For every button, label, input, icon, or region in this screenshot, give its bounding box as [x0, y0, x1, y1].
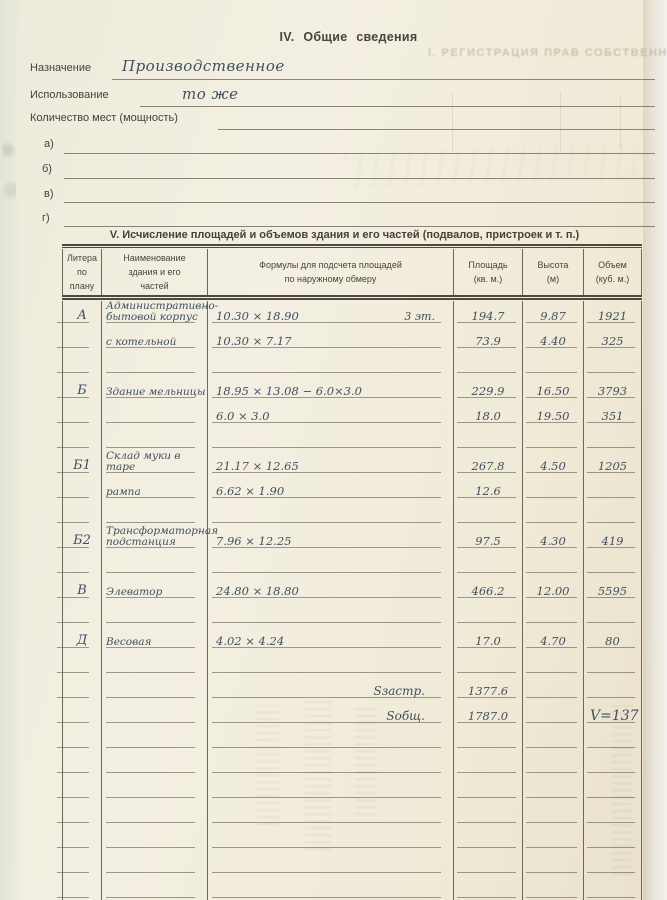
- cell-volume: 80: [584, 626, 642, 651]
- table-row: [63, 551, 642, 576]
- cell-formula: [208, 501, 454, 526]
- handwritten-formula: 10.30 × 18.90: [216, 309, 299, 323]
- cell-volume: 1921: [584, 301, 642, 326]
- cell-litera: Б: [63, 376, 102, 401]
- handwritten-name: Элеватор: [106, 587, 162, 598]
- handwritten-area: 229.9: [472, 384, 505, 398]
- cell-litera: Б2: [63, 526, 102, 551]
- cell-volume: [584, 826, 642, 851]
- handwritten-total-volume: V=137: [590, 708, 639, 724]
- cell-name: [102, 426, 208, 451]
- cell-formula: [208, 876, 454, 900]
- cell-area: [454, 801, 523, 826]
- table-header-row: Литера по плану Наименование здания и ег…: [62, 249, 642, 295]
- handwritten-ispolzovanie-value: то же: [182, 85, 238, 103]
- cell-formula: [208, 601, 454, 626]
- cell-name: [102, 801, 208, 826]
- cell-formula: [208, 551, 454, 576]
- page-right-edge: [643, 0, 667, 900]
- handwritten-name: Здание мельницы: [106, 387, 206, 398]
- write-line: [64, 153, 655, 154]
- header-name: Наименование здания и его частей: [102, 249, 208, 295]
- handwritten-area: 12.6: [475, 484, 501, 498]
- cell-height: [523, 751, 584, 776]
- header-height: Высота (м): [523, 249, 584, 295]
- ghost-line: [452, 92, 453, 152]
- cell-name: [102, 876, 208, 900]
- scanned-form-page: І. РЕГИСТРАЦИЯ ПРАВ СОБСТВЕННОСТИ IV. Об…: [0, 0, 667, 900]
- handwritten-height: 16.50: [537, 384, 570, 398]
- cell-height: [523, 476, 584, 501]
- cell-volume: 1205: [584, 451, 642, 476]
- cell-litera: [63, 601, 102, 626]
- handwritten-formula: 10.30 × 7.17: [216, 334, 291, 348]
- cell-volume: [584, 476, 642, 501]
- cell-area: [454, 876, 523, 900]
- cell-formula: [208, 851, 454, 876]
- cell-area: 97.5: [454, 526, 523, 551]
- cell-volume: V=137: [584, 701, 642, 726]
- handwritten-volume: 351: [602, 409, 624, 423]
- cell-formula: 7.96 × 12.25: [208, 526, 454, 551]
- handwritten-name: Весовая: [106, 637, 151, 648]
- cell-height: 4.70: [523, 626, 584, 651]
- list-item-b: б): [42, 163, 52, 175]
- table-row: ДВесовая4.02 × 4.2417.04.7080: [63, 626, 642, 651]
- handwritten-height: 4.70: [540, 634, 566, 648]
- table-row: [63, 501, 642, 526]
- cell-litera: А: [63, 301, 102, 326]
- cell-litera: [63, 651, 102, 676]
- list-item-v: в): [44, 188, 54, 200]
- write-line: [64, 202, 655, 203]
- table-row: ААдминистративно- бытовой корпус10.30 × …: [63, 301, 642, 326]
- cell-litera: [63, 726, 102, 751]
- cell-area: 466.2: [454, 576, 523, 601]
- cell-area: [454, 751, 523, 776]
- cell-litera: [63, 776, 102, 801]
- handwritten-litera: В: [77, 583, 87, 598]
- cell-formula: [208, 426, 454, 451]
- cell-name: [102, 851, 208, 876]
- handwritten-litera: Б: [77, 383, 87, 398]
- cell-name: [102, 401, 208, 426]
- table-row: БЗдание мельницы18.95 × 13.08 − 6.0×3.02…: [63, 376, 642, 401]
- cell-name: [102, 551, 208, 576]
- cell-name: [102, 726, 208, 751]
- cell-volume: [584, 601, 642, 626]
- cell-height: [523, 501, 584, 526]
- cell-area: 1377.6: [454, 676, 523, 701]
- cell-name: Элеватор: [102, 576, 208, 601]
- header-formula: Формулы для подсчета площадей по наружно…: [208, 249, 454, 295]
- cell-name: рампа: [102, 476, 208, 501]
- cell-area: [454, 426, 523, 451]
- areas-volumes-table: Литера по плану Наименование здания и ег…: [62, 244, 642, 900]
- cell-litera: Б1: [63, 451, 102, 476]
- page-left-edge: [0, 0, 22, 900]
- cell-name: с котельной: [102, 326, 208, 351]
- cell-height: [523, 601, 584, 626]
- cell-area: 18.0: [454, 401, 523, 426]
- cell-litera: [63, 701, 102, 726]
- table-row: [63, 876, 642, 900]
- table-row: [63, 426, 642, 451]
- cell-name: [102, 826, 208, 851]
- cell-name: [102, 701, 208, 726]
- write-line: [218, 129, 655, 130]
- cell-litera: [63, 476, 102, 501]
- table-row: [63, 351, 642, 376]
- table-row: 6.0 × 3.018.019.50351: [63, 401, 642, 426]
- handwritten-height: 4.40: [540, 334, 566, 348]
- cell-area: [454, 851, 523, 876]
- cell-area: [454, 826, 523, 851]
- handwritten-area: 194.7: [472, 309, 505, 323]
- handwritten-volume: 419: [602, 534, 624, 548]
- cell-height: [523, 826, 584, 851]
- cell-height: [523, 701, 584, 726]
- handwritten-area: 466.2: [472, 584, 505, 598]
- handwritten-name: Склад муки в таре: [106, 451, 207, 473]
- table-row: [63, 801, 642, 826]
- cell-volume: 5595: [584, 576, 642, 601]
- cell-formula: [208, 651, 454, 676]
- cell-height: [523, 801, 584, 826]
- handwritten-formula: 18.95 × 13.08 − 6.0×3.0: [216, 384, 362, 398]
- handwritten-height: 9.87: [540, 309, 566, 323]
- cell-name: Здание мельницы: [102, 376, 208, 401]
- handwritten-height: 4.50: [540, 459, 566, 473]
- cell-litera: [63, 326, 102, 351]
- cell-area: 229.9: [454, 376, 523, 401]
- cell-formula: Sобщ.: [208, 701, 454, 726]
- handwritten-height: 19.50: [537, 409, 570, 423]
- handwritten-formula: 21.17 × 12.65: [216, 459, 299, 473]
- cell-litera: [63, 501, 102, 526]
- cell-height: [523, 426, 584, 451]
- cell-height: [523, 851, 584, 876]
- handwritten-volume: 3793: [598, 384, 627, 398]
- handwritten-litera: Д: [77, 633, 88, 648]
- cell-formula: [208, 826, 454, 851]
- cell-litera: Д: [63, 626, 102, 651]
- table-row: [63, 851, 642, 876]
- cell-litera: [63, 401, 102, 426]
- cell-height: 12.00: [523, 576, 584, 601]
- table-row: рампа6.62 × 1.9012.6: [63, 476, 642, 501]
- cell-name: Трансформаторная подстанция: [102, 526, 208, 551]
- cell-litera: [63, 801, 102, 826]
- cell-height: [523, 726, 584, 751]
- handwritten-area: 1787.0: [468, 709, 508, 723]
- cell-name: [102, 501, 208, 526]
- cell-name: [102, 651, 208, 676]
- cell-volume: 419: [584, 526, 642, 551]
- cell-litera: [63, 826, 102, 851]
- cell-name: [102, 676, 208, 701]
- section-v-title: V. Исчисление площадей и объемов здания …: [30, 229, 659, 241]
- cell-area: 194.7: [454, 301, 523, 326]
- cell-height: [523, 351, 584, 376]
- cell-name: Административно- бытовой корпус: [102, 301, 208, 326]
- table-row: [63, 776, 642, 801]
- cell-volume: [584, 851, 642, 876]
- table-row: ВЭлеватор24.80 × 18.80466.212.005595: [63, 576, 642, 601]
- cell-area: [454, 776, 523, 801]
- header-litera: Литера по плану: [63, 249, 102, 295]
- handwritten-area: 17.0: [475, 634, 501, 648]
- cell-formula: [208, 776, 454, 801]
- cell-formula: [208, 726, 454, 751]
- label-kolichestvo-mest: Количество мест (мощность): [30, 112, 178, 124]
- handwritten-formula: 7.96 × 12.25: [216, 534, 291, 548]
- handwritten-formula: 6.0 × 3.0: [216, 409, 270, 423]
- cell-area: [454, 551, 523, 576]
- table-row: [63, 651, 642, 676]
- ghost-scribble: [344, 143, 635, 189]
- handwritten-volume: 5595: [598, 584, 627, 598]
- handwritten-area: 1377.6: [468, 684, 508, 698]
- cell-volume: [584, 351, 642, 376]
- write-line: [64, 178, 655, 179]
- cell-litera: [63, 876, 102, 900]
- handwritten-name: с котельной: [106, 337, 176, 348]
- handwritten-name: Трансформаторная подстанция: [106, 526, 218, 548]
- handwritten-formula: 24.80 × 18.80: [216, 584, 299, 598]
- handwritten-volume: 1205: [598, 459, 627, 473]
- handwritten-naznachenie-value: Производственное: [122, 57, 285, 75]
- cell-litera: [63, 351, 102, 376]
- list-item-g: г): [42, 212, 50, 224]
- cell-area: [454, 501, 523, 526]
- cell-height: [523, 676, 584, 701]
- cell-volume: 325: [584, 326, 642, 351]
- cell-volume: 3793: [584, 376, 642, 401]
- cell-height: 4.50: [523, 451, 584, 476]
- cell-formula: 10.30 × 18.903 эт.: [208, 301, 454, 326]
- section-iv-title: IV. Общие сведения: [50, 30, 647, 44]
- cell-height: 19.50: [523, 401, 584, 426]
- cell-volume: [584, 801, 642, 826]
- cell-volume: [584, 551, 642, 576]
- cell-formula: [208, 351, 454, 376]
- cell-area: [454, 601, 523, 626]
- ghost-line: [560, 92, 561, 152]
- table-row: с котельной10.30 × 7.1773.94.40325: [63, 326, 642, 351]
- cell-area: [454, 351, 523, 376]
- table-row: [63, 601, 642, 626]
- table-row: Б2Трансформаторная подстанция7.96 × 12.2…: [63, 526, 642, 551]
- handwritten-volume: 1921: [598, 309, 627, 323]
- cell-volume: [584, 426, 642, 451]
- ghost-bleedthrough-header: І. РЕГИСТРАЦИЯ ПРАВ СОБСТВЕННОСТИ: [428, 47, 667, 59]
- cell-volume: [584, 726, 642, 751]
- cell-formula: 4.02 × 4.24: [208, 626, 454, 651]
- cell-formula: 6.0 × 3.0: [208, 401, 454, 426]
- cell-name: Весовая: [102, 626, 208, 651]
- cell-area: [454, 726, 523, 751]
- cell-name: [102, 351, 208, 376]
- cell-height: [523, 776, 584, 801]
- cell-litera: [63, 426, 102, 451]
- cell-height: 16.50: [523, 376, 584, 401]
- cell-litera: [63, 676, 102, 701]
- ghost-line: [620, 96, 621, 148]
- cell-area: 12.6: [454, 476, 523, 501]
- cell-formula: 21.17 × 12.65: [208, 451, 454, 476]
- handwritten-height: 12.00: [537, 584, 570, 598]
- cell-formula: 18.95 × 13.08 − 6.0×3.0: [208, 376, 454, 401]
- cell-formula: 10.30 × 7.17: [208, 326, 454, 351]
- header-volume: Объем (куб. м.): [584, 249, 642, 295]
- cell-height: [523, 551, 584, 576]
- handwritten-area: 18.0: [475, 409, 501, 423]
- handwritten-name: рампа: [106, 487, 141, 498]
- handwritten-area: 97.5: [475, 534, 501, 548]
- table-row: Sобщ.1787.0V=137: [63, 701, 642, 726]
- label-ispolzovanie: Использование: [30, 89, 109, 101]
- cell-height: 4.40: [523, 326, 584, 351]
- handwritten-litera: Б1: [73, 458, 91, 473]
- list-item-a: а): [44, 138, 54, 150]
- cell-name: [102, 776, 208, 801]
- cell-area: 1787.0: [454, 701, 523, 726]
- cell-area: [454, 651, 523, 676]
- cell-volume: 351: [584, 401, 642, 426]
- handwritten-litera: Б2: [73, 533, 91, 548]
- cell-formula: [208, 751, 454, 776]
- cell-volume: [584, 501, 642, 526]
- cell-area: 267.8: [454, 451, 523, 476]
- handwritten-litera: А: [77, 308, 87, 323]
- table-row: [63, 751, 642, 776]
- cell-name: [102, 751, 208, 776]
- cell-height: 9.87: [523, 301, 584, 326]
- write-line: [112, 79, 655, 80]
- handwritten-total-label: Sзастр.: [373, 684, 425, 698]
- write-line: [64, 226, 655, 227]
- handwritten-area: 73.9: [475, 334, 501, 348]
- handwritten-total-label: Sобщ.: [386, 709, 425, 723]
- cell-volume: [584, 651, 642, 676]
- handwritten-floors-note: 3 эт.: [404, 310, 435, 323]
- table-row: Sзастр.1377.6: [63, 676, 642, 701]
- cell-height: [523, 876, 584, 900]
- table-row: Б1Склад муки в таре21.17 × 12.65267.84.5…: [63, 451, 642, 476]
- cell-volume: [584, 876, 642, 900]
- cell-area: 17.0: [454, 626, 523, 651]
- cell-litera: В: [63, 576, 102, 601]
- table-body: ААдминистративно- бытовой корпус10.30 × …: [62, 301, 642, 900]
- cell-height: [523, 651, 584, 676]
- handwritten-volume: 80: [605, 634, 620, 648]
- handwritten-formula: 6.62 × 1.90: [216, 484, 284, 498]
- handwritten-height: 4.30: [540, 534, 566, 548]
- cell-litera: [63, 751, 102, 776]
- cell-formula: [208, 801, 454, 826]
- handwritten-formula: 4.02 × 4.24: [216, 634, 284, 648]
- cell-formula: 24.80 × 18.80: [208, 576, 454, 601]
- cell-name: Склад муки в таре: [102, 451, 208, 476]
- write-line: [140, 106, 655, 107]
- handwritten-volume: 325: [602, 334, 624, 348]
- cell-litera: [63, 851, 102, 876]
- cell-height: 4.30: [523, 526, 584, 551]
- cell-area: 73.9: [454, 326, 523, 351]
- label-naznachenie: Назначение: [30, 62, 91, 74]
- handwritten-area: 267.8: [472, 459, 505, 473]
- cell-name: [102, 601, 208, 626]
- header-area: Площадь (кв. м.): [454, 249, 523, 295]
- table-row: [63, 826, 642, 851]
- cell-volume: [584, 751, 642, 776]
- handwritten-name: Административно- бытовой корпус: [106, 301, 218, 323]
- cell-litera: [63, 551, 102, 576]
- cell-volume: [584, 676, 642, 701]
- cell-formula: Sзастр.: [208, 676, 454, 701]
- cell-volume: [584, 776, 642, 801]
- cell-formula: 6.62 × 1.90: [208, 476, 454, 501]
- table-row: [63, 726, 642, 751]
